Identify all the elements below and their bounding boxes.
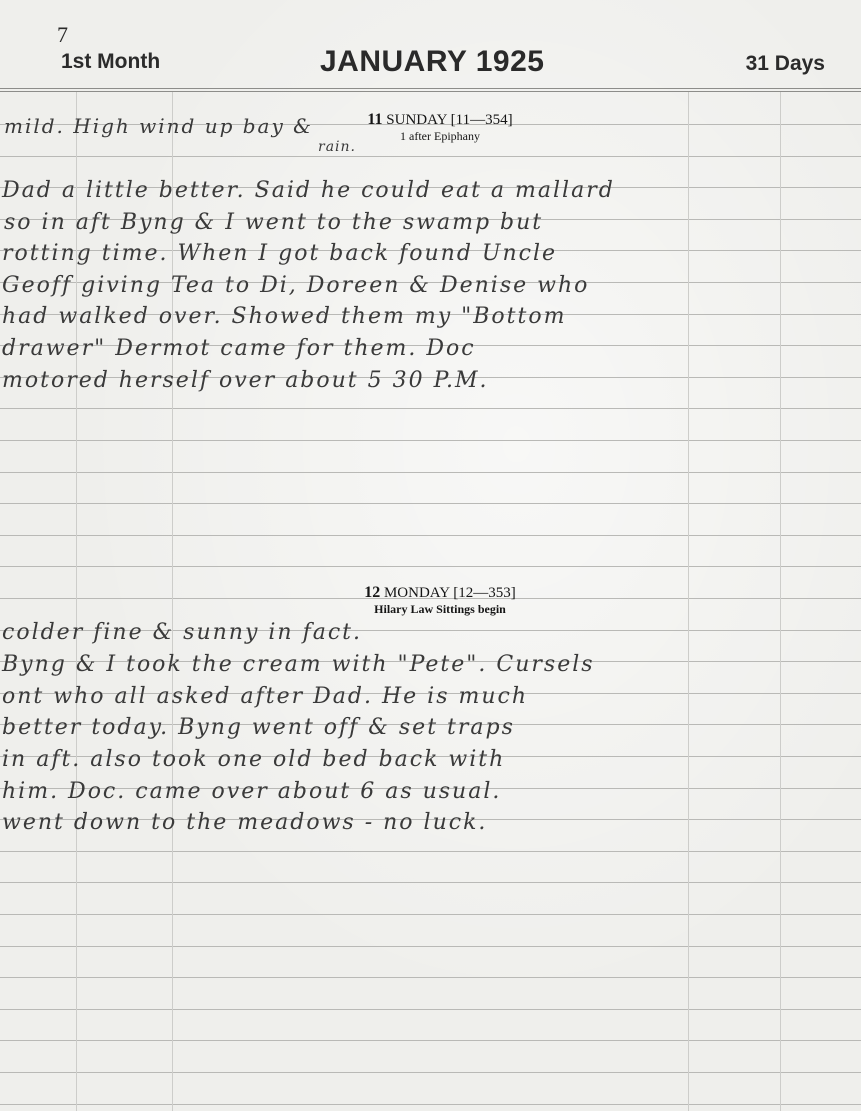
ruled-line — [0, 1040, 861, 1041]
handwritten-line: Byng & I took the cream with "Pete". Cur… — [2, 654, 595, 676]
header-rule — [0, 91, 861, 92]
header-rule — [0, 88, 861, 89]
day-index: [12—353] — [453, 585, 516, 601]
handwritten-line: in aft. also took one old bed back with — [2, 749, 505, 771]
handwritten-line: drawer" Dermot came for them. Doc — [2, 338, 476, 360]
handwritten-line: went down to the meadows - no luck. — [2, 812, 487, 834]
ruled-line — [0, 1072, 861, 1073]
handwritten-line: Dad a little better. Said he could eat a… — [2, 180, 615, 202]
ruled-line — [0, 946, 861, 947]
handwritten-line: rotting time. When I got back found Uncl… — [2, 243, 557, 265]
column-line — [780, 92, 781, 1111]
ruled-line — [0, 440, 861, 441]
day-subtitle: Hilary Law Sittings begin — [300, 603, 580, 615]
handwritten-line: motored herself over about 5 30 P.M. — [2, 370, 488, 392]
day-header-sunday: 11 SUNDAY [11—354] 1 after Epiphany — [300, 112, 580, 142]
day-number: 11 — [367, 111, 382, 128]
ruled-line — [0, 566, 861, 567]
handwritten-weather-note-cont: rain. — [318, 140, 356, 154]
ruled-line — [0, 1104, 861, 1105]
handwritten-line: ont who all asked after Dad. He is much — [2, 686, 528, 708]
day-number: 12 — [364, 584, 380, 601]
ruled-line — [0, 914, 861, 915]
day-name: SUNDAY — [386, 112, 447, 128]
day-index: [11—354] — [451, 112, 513, 128]
handwritten-line: Geoff giving Tea to Di, Doreen & Denise … — [2, 275, 589, 297]
handwritten-line: him. Doc. came over about 6 as usual. — [2, 781, 501, 803]
ruled-line — [0, 408, 861, 409]
ruled-line — [0, 851, 861, 852]
handwritten-line: better today. Byng went off & set traps — [2, 717, 515, 739]
ruled-line — [0, 1009, 861, 1010]
month-ordinal: 1st Month — [61, 50, 160, 74]
day-title: 12 MONDAY [12—353] — [300, 585, 580, 601]
ruled-line — [0, 535, 861, 536]
handwritten-line: had walked over. Showed them my "Bottom — [2, 306, 566, 328]
ruled-line — [0, 503, 861, 504]
page-number: 7 — [57, 22, 68, 48]
day-header-monday: 12 MONDAY [12—353] Hilary Law Sittings b… — [300, 585, 580, 615]
ruled-line — [0, 977, 861, 978]
column-line — [688, 92, 689, 1111]
days-count: 31 Days — [746, 52, 825, 76]
ruled-line — [0, 472, 861, 473]
day-title: 11 SUNDAY [11—354] — [300, 112, 580, 128]
handwritten-line: colder fine & sunny in fact. — [2, 622, 362, 644]
diary-page: 7 1st Month JANUARY 1925 31 Days 11 SUND… — [0, 0, 861, 1111]
month-title: JANUARY 1925 — [320, 45, 544, 79]
day-name: MONDAY — [384, 585, 450, 601]
ruled-line — [0, 882, 861, 883]
handwritten-weather-note: mild. High wind up bay & — [4, 116, 313, 136]
handwritten-line: so in aft Byng & I went to the swamp but — [4, 212, 543, 234]
ruled-line — [0, 156, 861, 157]
